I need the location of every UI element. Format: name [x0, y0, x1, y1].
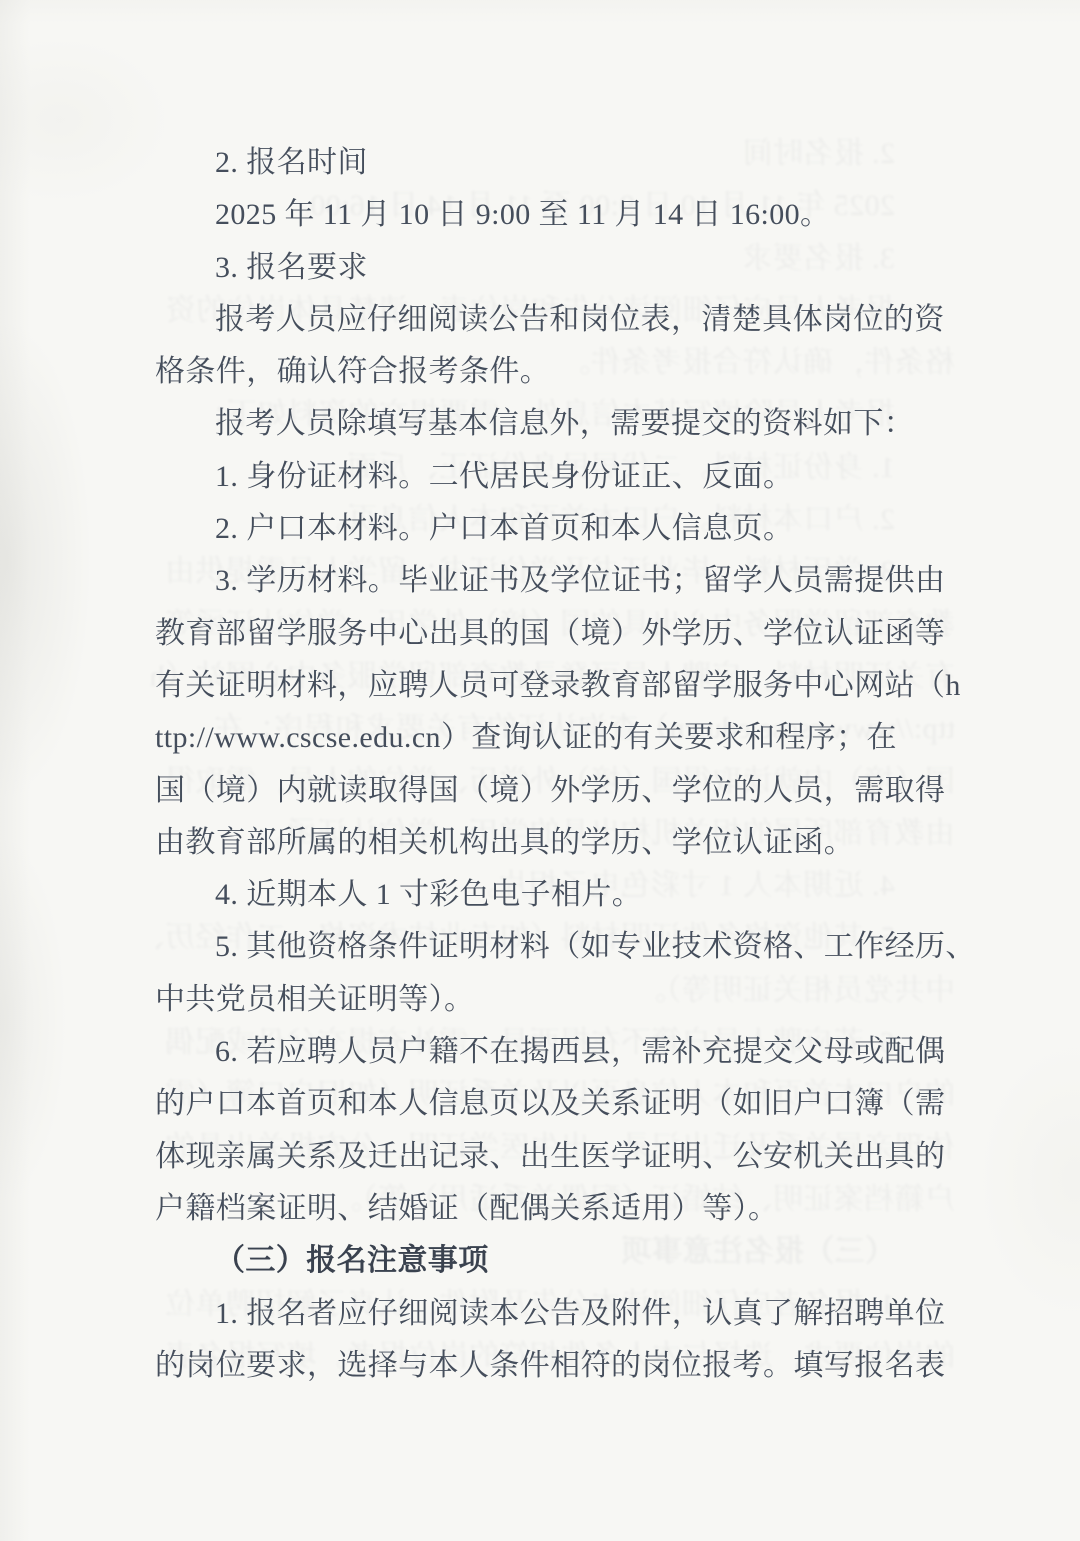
text-line: 的户口本首页和本人信息页以及关系证明（如旧户口簿（需	[155, 1078, 955, 1130]
text-line: 报考人员除填写基本信息外，需要提交的资料如下：	[155, 398, 955, 450]
text-line: 由教育部所属的相关机构出具的学历、学位认证函。	[155, 817, 955, 869]
text-line: 国（境）内就读取得国（境）外学历、学位的人员，需取得	[155, 765, 955, 817]
text-line: 教育部留学服务中心出具的国（境）外学历、学位认证函等	[155, 608, 955, 660]
notice-text-block: 2. 报名时间 2025 年 11 月 10 日 9:00 至 11 月 14 …	[155, 137, 955, 1392]
material-item-id-card: 1. 身份证材料。二代居民身份证正、反面。	[155, 451, 955, 503]
text-line: 的岗位要求，选择与本人条件相符的岗位报考。填写报名表	[155, 1340, 955, 1392]
section-heading-registration-notes: （三）报名注意事项	[155, 1235, 955, 1287]
text-line: 1. 报名者应仔细阅读本公告及附件，认真了解招聘单位	[155, 1288, 955, 1340]
text-line: 户籍档案证明、结婚证（配偶关系适用）等）。	[155, 1183, 955, 1235]
section-item-registration-time: 2. 报名时间	[155, 137, 955, 189]
section-item-registration-requirements: 3. 报名要求	[155, 242, 955, 294]
text-line: 中共党员相关证明等）。	[155, 974, 955, 1026]
text-line: 体现亲属关系及迁出记录、出生医学证明、公安机关出具的	[155, 1131, 955, 1183]
registration-time-value: 2025 年 11 月 10 日 9:00 至 11 月 14 日 16:00。	[155, 189, 955, 241]
text-line: 有关证明材料，应聘人员可登录教育部留学服务中心网站（h	[155, 660, 955, 712]
material-item-other-certificates: 5. 其他资格条件证明材料（如专业技术资格、工作经历、	[155, 921, 955, 973]
text-line: 格条件，确认符合报考条件。	[155, 346, 955, 398]
text-line-url: ttp://www.cscse.edu.cn）查询认证的有关要求和程序；在	[155, 712, 955, 764]
material-item-education: 3. 学历材料。毕业证书及学位证书；留学人员需提供由	[155, 555, 955, 607]
material-item-non-local-household: 6. 若应聘人员户籍不在揭西县，需补充提交父母或配偶	[155, 1026, 955, 1078]
text-line: 报考人员应仔细阅读公告和岗位表，清楚具体岗位的资	[155, 294, 955, 346]
material-item-household-register: 2. 户口本材料。户口本首页和本人信息页。	[155, 503, 955, 555]
material-item-photo: 4. 近期本人 1 寸彩色电子相片。	[155, 869, 955, 921]
scanned-document-page: { "page": { "paper_color": "#f7f7f4", "i…	[0, 0, 1080, 1541]
